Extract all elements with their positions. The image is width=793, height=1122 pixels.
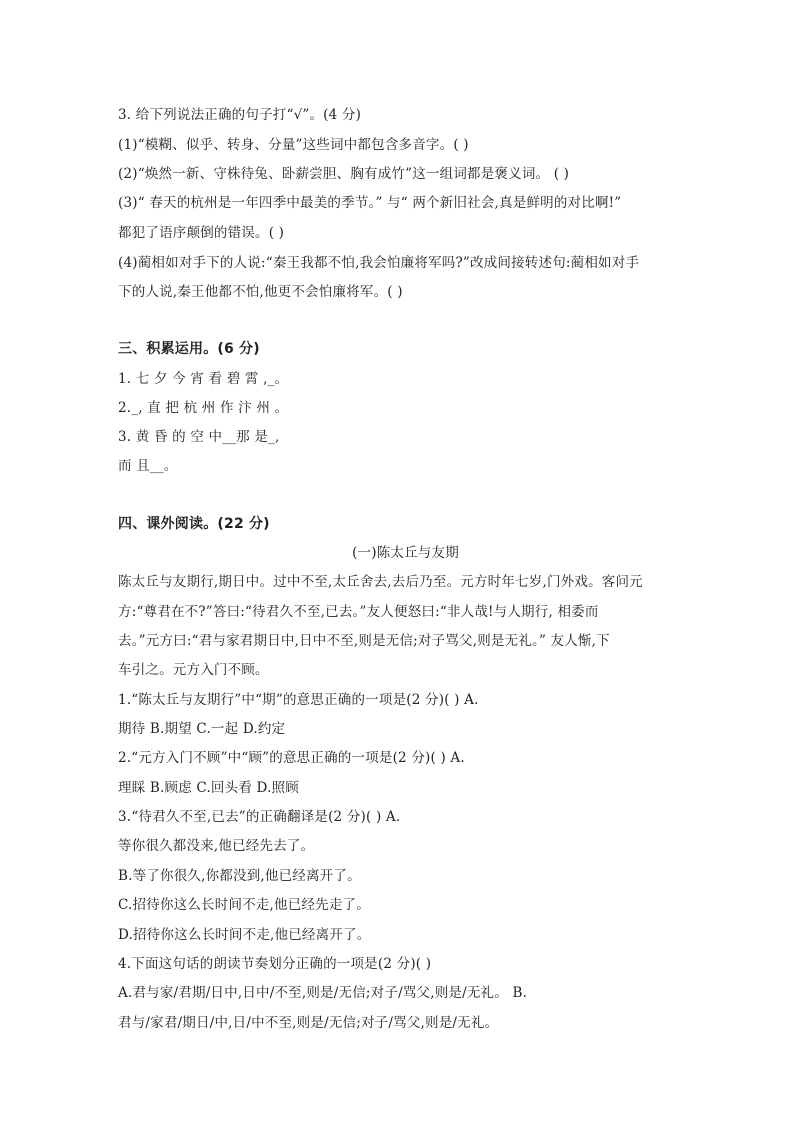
fill-blank-3: 3. 黄 昏 的 空 中__那 是_, [118,428,279,446]
passage-line-3: 去。”元方曰:“君与家君期日中,日中不至,则是无信;对子骂父,则是无礼。” 友人… [118,632,610,650]
reading-question-4-option-b: 君与/家君/期日/中,日/中不至,则是/无信;对子/骂父,则是/无礼。 [118,1014,498,1032]
question-3-item-1: (1)“模糊、似乎、转身、分量”这些词中都包含多音字。( ) [118,136,469,154]
reading-question-3-option-c: C.招待你这么长时间不走,他已经先走了。 [118,896,370,914]
passage-line-1: 陈太丘与友期行,期日中。过中不至,太丘舍去,去后乃至。元方时年七岁,门外戏。客问… [118,573,643,591]
question-3-title: 3. 给下列说法正确的句子打“√”。(4 分) [118,106,361,124]
question-3-item-2: (2)“焕然一新、守株待兔、卧薪尝胆、胸有成竹”这一组词都是褒义词。 ( ) [118,165,569,183]
reading-question-4: 4.下面这句话的朗读节奏划分正确的一项是(2 分)( ) [118,955,431,973]
reading-question-3-option-a: 等你很久都没来,他已经先去了。 [118,837,314,855]
fill-blank-3-cont: 而 且__。 [118,457,178,475]
passage-line-2: 方:“尊君在不?”答曰:“待君久不至,已去。”友人便怒曰:“非人哉!与人期行, … [118,603,599,621]
reading-question-2-options: 理睬 B.顾虑 C.回头看 D.照顾 [118,779,299,797]
reading-question-1: 1.“陈太丘与友期行”中“期”的意思正确的一项是(2 分)( ) A. [118,691,479,709]
question-3-item-4-cont: 下的人说,秦王他都不怕,他更不会怕廉将军。( ) [118,283,403,301]
fill-blank-2: 2._, 直 把 杭 州 作 汴 州 。 [118,399,288,417]
reading-question-3-option-d: D.招待你这么长时间不走,他已经离开了。 [118,926,370,944]
fill-blank-1: 1. 七 夕 今 宵 看 碧 霄 ,_。 [118,370,288,388]
question-3-item-3-cont: 都犯了语序颠倒的错误。( ) [118,224,284,242]
section-four-heading: 四、课外阅读。(22 分) [118,515,270,533]
question-3-item-4: (4)蔺相如对手下的人说:“秦王我都不怕,我会怕廉将军吗?”改成间接转述句:蔺相… [118,254,639,272]
reading-question-1-options: 期待 B.期望 C.一起 D.约定 [118,720,285,738]
passage-line-4: 车引之。元方入门不顾。 [118,661,269,679]
reading-question-3: 3.“待君久不至,已去”的正确翻译是(2 分)( ) A. [118,808,400,826]
section-three-heading: 三、积累运用。(6 分) [118,340,260,358]
passage-title: (一)陈太丘与友期 [0,544,793,562]
reading-question-4-option-a: A.君与家/君期/日中,日中/不至,则是/无信;对子/骂父,则是/无礼。 B. [118,984,527,1002]
question-3-item-3: (3)“ 春天的杭州是一年四季中最美的季节。” 与“ 两个新旧社会,真是鲜明的对… [118,194,621,212]
reading-question-2: 2.“元方入门不顾”中“顾”的意思正确的一项是(2 分)( ) A. [118,749,465,767]
reading-question-3-option-b: B.等了你很久,你都没到,他已经离开了。 [118,867,361,885]
